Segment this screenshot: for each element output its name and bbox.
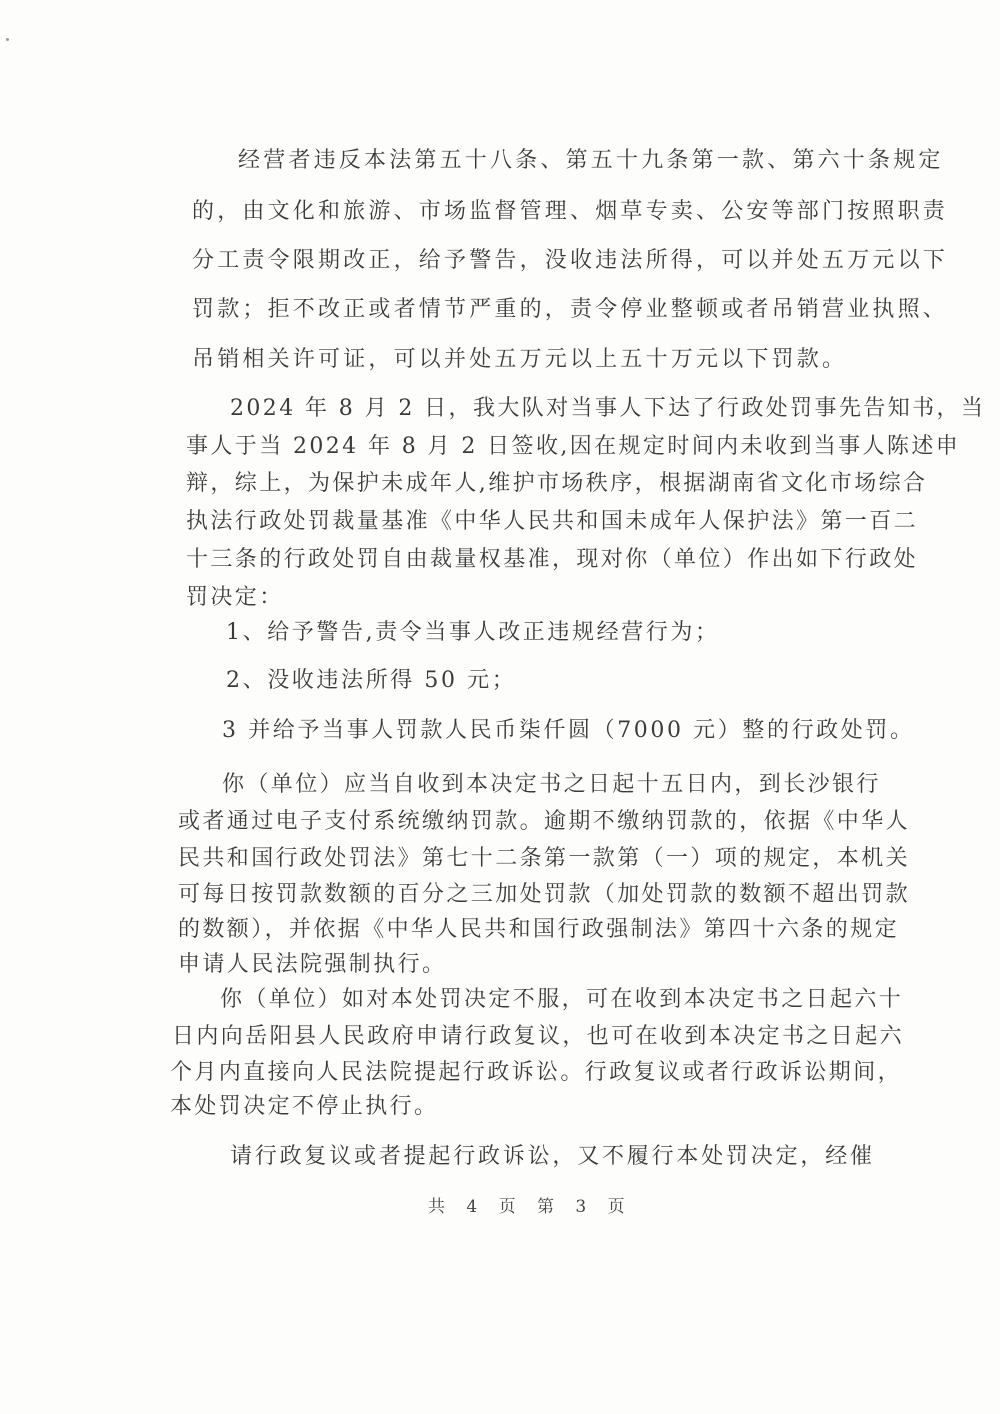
text-line: 十三条的行政处罚自由裁量权基准，现对你（单位）作出如下行政处 [186,545,918,575]
text-line: 辩，综上，为保护未成年人,维护市场秩序，根据湖南省文化市场综合 [186,469,927,499]
scan-speck [6,38,9,41]
text-line: 的数额），并依据《中华人民共和国行政强制法》第四十六条的规定 [178,915,899,945]
text-line: 个月内直接向人民法院提起行政诉讼。行政复议或者行政诉讼期间， [170,1058,902,1088]
page-number-footer: 共 4 页 第 3 页 [428,1192,629,1217]
text-line: 罚款；拒不改正或者情节严重的，责令停业整顿或者吊销营业执照、 [192,295,948,325]
text-line: 请行政复议或者提起行政诉讼，又不履行本处罚决定，经催 [230,1142,875,1172]
decision-item-3: 3 并给予当事人罚款人民币柒仟圆（7000 元）整的行政处罚。 [222,716,915,746]
text-line: 民共和国行政处罚法》第七十二条第一款第（一）项的规定，本机关 [178,844,910,874]
text-line: 或者通过电子支付系统缴纳罚款。逾期不缴纳罚款的，依据《中华人 [178,807,910,837]
text-line: 申请人民法院强制执行。 [178,950,446,980]
text-line: 你（单位）应当自收到本决定书之日起十五日内，到长沙银行 [222,770,881,800]
text-line: 可每日按罚款数额的百分之三加处罚款（加处罚款的数额不超出罚款 [178,880,910,910]
text-line: 本处罚决定不停止执行。 [170,1092,438,1122]
text-line: 执法行政处罚裁量基准《中华人民共和国未成年人保护法》第一百二 [186,507,918,537]
text-line: 2024 年 8 月 2 日，我大队对当事人下达了行政处罚事先告知书，当 [230,394,985,424]
document-page: 经营者违反本法第五十八条、第五十九条第一款、第六十条规定 的，由文化和旅游、市场… [0,0,1000,1414]
text-line: 你（单位）如对本处罚决定不服，可在收到本决定书之日起六十 [220,985,903,1015]
text-line: 事人于当 2024 年 8 月 2 日签收,因在规定时间内未收到当事人陈述申 [186,432,960,462]
text-line: 经营者违反本法第五十八条、第五十九条第一款、第六十条规定 [238,146,944,176]
text-line: 的，由文化和旅游、市场监督管理、烟草专卖、公安等部门按照职责 [192,197,948,227]
text-line: 日内向岳阳县人民政府申请行政复议，也可在收到本决定书之日起六 [172,1022,904,1052]
text-line: 分工责令限期改正，给予警告，没收违法所得，可以并处五万元以下 [192,246,948,276]
text-line: 吊销相关许可证，可以并处五万元以上五十万元以下罚款。 [192,345,847,375]
decision-item-2: 2、没收违法所得 50 元； [226,666,516,696]
decision-item-1: 1、给予警告,责令当事人改正违规经营行为； [226,618,720,648]
text-line: 罚决定： [186,583,284,613]
